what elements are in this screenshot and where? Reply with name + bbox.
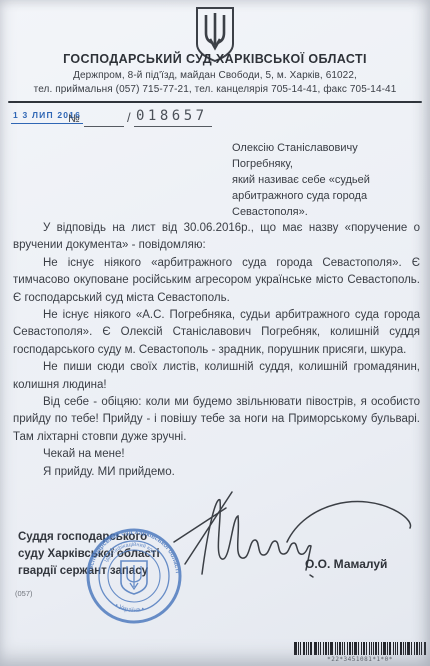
body-paragraph: Я прийду. МИ прийдемо. [13, 464, 420, 481]
letter-body: У відповідь на лист від 30.06.2016р., що… [13, 220, 420, 481]
barcode-label: *22*3451081*1*0* [294, 656, 426, 663]
body-paragraph: Не пиши сюди своїх листів, колишній судд… [13, 359, 420, 394]
barcode: *22*3451081*1*0* [294, 642, 426, 664]
header-divider [8, 101, 422, 103]
addressee-line: Олексію Станіславовичу Погребняку, [232, 140, 418, 172]
signer-name: О.О. Мамалуй [305, 557, 387, 571]
number-blank-line [84, 126, 124, 127]
body-paragraph: У відповідь на лист від 30.06.2016р., що… [13, 220, 420, 255]
scanned-letter: ГОСПОДАРСЬКИЙ СУД ХАРКІВСЬКОЇ ОБЛАСТІ Де… [0, 0, 430, 666]
court-name: ГОСПОДАРСЬКИЙ СУД ХАРКІВСЬКОЇ ОБЛАСТІ [0, 52, 430, 66]
court-address-line-2: тел. приймальня (057) 715-77-21, тел. ка… [0, 84, 430, 95]
seal-trident-icon [121, 561, 147, 594]
number-separator: / [127, 110, 131, 125]
number-label: № [68, 113, 80, 125]
signature-scribble [170, 486, 430, 588]
court-address-line-1: Держпром, 8-й під'їзд, майдан Свободи, 5… [0, 70, 430, 81]
addressee-line: який називає себе «судьей [232, 172, 418, 188]
barcode-bars [294, 642, 426, 655]
addressee-line: арбитражного суда города [232, 188, 418, 204]
body-paragraph: Від себе - обіцяю: коли ми будемо звільн… [13, 394, 420, 446]
seal-bottom-text: • Україна • [114, 602, 146, 614]
svg-text:• Україна •: • Україна • [114, 602, 146, 614]
body-paragraph: Чекай на мене! [13, 446, 420, 463]
document-number: 018657 [134, 108, 212, 127]
body-paragraph: Не існує ніякого «А.С. Погребняка, судьи… [13, 307, 420, 359]
body-paragraph: Не існує ніякого «арбитражного суда горо… [13, 255, 420, 307]
phone-code-note: (057) [15, 589, 33, 598]
addressee-line: Севастополя». [232, 204, 418, 220]
addressee-block: Олексію Станіславовичу Погребняку, який … [232, 140, 418, 220]
